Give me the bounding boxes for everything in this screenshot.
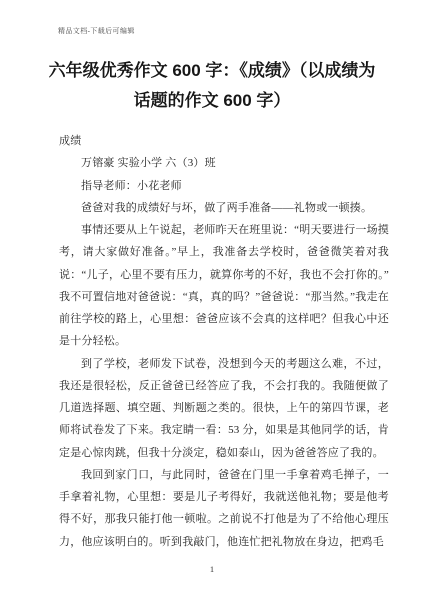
essay-heading: 成绩: [59, 130, 389, 152]
essay-title: 六年级优秀作文 600 字：《成绩》（以成绩为话题的作文 600 字）: [42, 0, 382, 116]
essay-paragraph: 爸爸对我的成绩好与坏，做了两手准备——礼物或一顿揍。: [59, 197, 389, 219]
essay-body: 成绩 万镕豪 实验小学 六（3）班 指导老师：小花老师 爸爸对我的成绩好与坏，做…: [59, 130, 389, 553]
page-number: 1: [0, 564, 424, 574]
essay-paragraph: 到了学校，老师发下试卷，没想到今天的考题这么难，不过，我还是很轻松，反正爸爸已经…: [59, 353, 389, 464]
watermark-text: 精品文档-下载后可编辑: [58, 26, 135, 36]
essay-paragraph: 我回到家门口，与此同时，爸爸在门里一手拿着鸡毛掸子，一手拿着礼物，心里想：要是儿…: [59, 464, 389, 553]
mentor-line: 指导老师：小花老师: [59, 175, 389, 197]
author-line: 万镕豪 实验小学 六（3）班: [59, 152, 389, 174]
essay-paragraph: 事情还要从上午说起，老师昨天在班里说：“明天要进行一场摸考，请大家做好准备。”早…: [59, 219, 389, 353]
document-page: 精品文档-下载后可编辑 六年级优秀作文 600 字：《成绩》（以成绩为话题的作文…: [0, 0, 424, 600]
